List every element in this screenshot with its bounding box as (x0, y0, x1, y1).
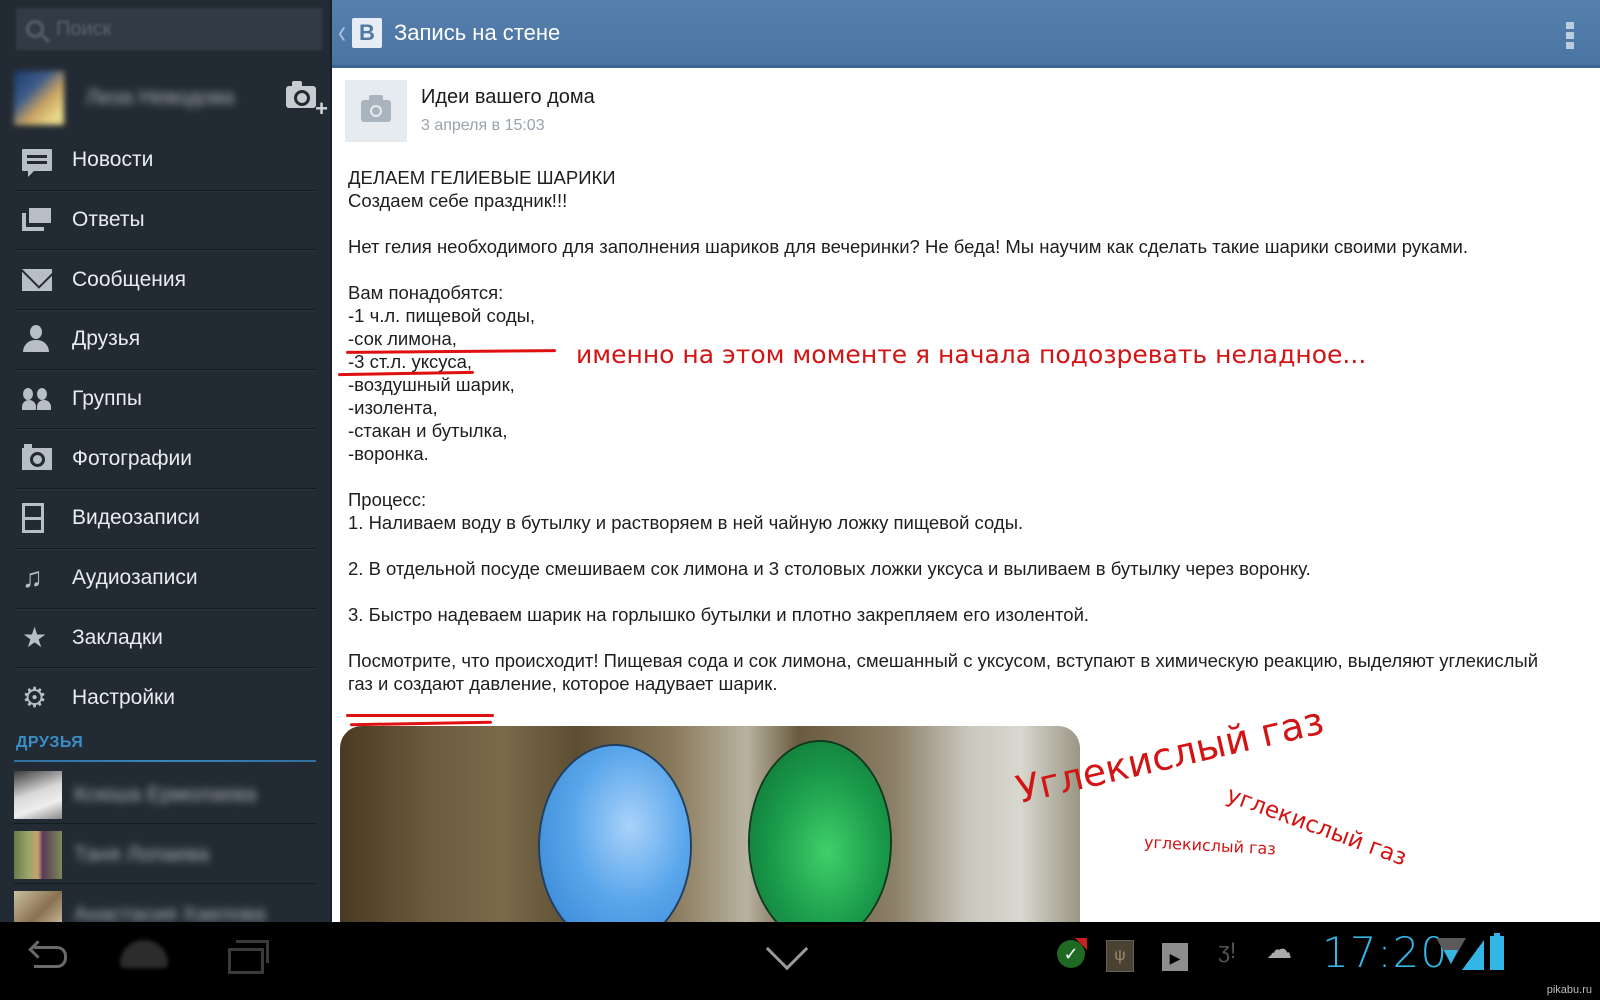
add-photo-button[interactable]: + (284, 78, 324, 118)
plus-icon: + (315, 98, 328, 120)
post-subtitle: Создаем себе праздник!!! (348, 189, 1568, 212)
post-header: Идеи вашего дома 3 апреля в 15:03 (345, 80, 595, 142)
post-date: 3 апреля в 15:03 (421, 117, 595, 135)
annotation-mid: углекислый газ (1223, 782, 1410, 871)
friend-item[interactable]: Таня Лопаева (14, 826, 316, 884)
sidebar-item-groups[interactable]: Группы (14, 369, 316, 429)
signal-icon (1462, 940, 1484, 970)
sidebar-item-replies[interactable]: Ответы (14, 190, 316, 250)
star-icon: ★ (22, 624, 47, 652)
sidebar-item-label: Настройки (72, 686, 175, 710)
sidebar-item-videos[interactable]: Видеозаписи (14, 488, 316, 548)
needs-item: -воронка. (348, 442, 1568, 465)
system-bar: ✓ ψ ▶ ʒ! ☁ 17:20 pikabu.ru (0, 922, 1600, 1000)
group-avatar[interactable] (345, 80, 407, 142)
camera-icon (22, 448, 52, 470)
friend-avatar[interactable] (14, 771, 62, 819)
friends-section-header: ДРУЗЬЯ (16, 734, 83, 752)
person-icon (22, 325, 50, 353)
post-intro: Нет гелия необходимого для заполнения ша… (348, 235, 1568, 258)
sidebar-item-label: Новости (72, 148, 153, 172)
profile-row[interactable]: Лиза Неводова + (14, 68, 324, 128)
home-icon[interactable] (120, 940, 168, 968)
replies-icon (22, 208, 52, 232)
annotation-main: именно на этом моменте я начала подозрев… (576, 340, 1366, 369)
post-conclusion: Посмотрите, что происходит! Пищевая сода… (348, 649, 1568, 695)
camera-icon (286, 86, 316, 108)
blue-balloon (540, 746, 690, 940)
music-note-icon: ♫ (22, 564, 43, 592)
envelope-icon (22, 269, 52, 291)
sidebar-item-label: Аудиозаписи (72, 566, 198, 590)
sidebar-item-label: Закладки (72, 626, 163, 650)
sidebar-item-photos[interactable]: Фотографии (14, 428, 316, 488)
needs-item: -изолента, (348, 396, 1568, 419)
camera-icon (361, 100, 391, 122)
needs-item: -воздушный шарик, (348, 373, 1568, 396)
sidebar-item-bookmarks[interactable]: ★ Закладки (14, 608, 316, 668)
sidebar-item-label: Сообщения (72, 268, 186, 292)
cloud-icon[interactable]: ☁ (1266, 934, 1292, 965)
sidebar-item-settings[interactable]: ⚙ Настройки (14, 667, 316, 727)
post-body: ДЕЛАЕМ ГЕЛИЕВЫЕ ШАРИКИ Создаем себе праз… (348, 166, 1568, 695)
process-step: 3. Быстро надеваем шарик на горлышко бут… (348, 603, 1568, 626)
hearing-icon[interactable]: ʒ! (1218, 938, 1236, 964)
page-title: Запись на стене (394, 20, 560, 46)
process-step: 2. В отдельной посуде смешиваем сок лимо… (348, 557, 1568, 580)
sidebar-item-audio[interactable]: ♫ Аудиозаписи (14, 548, 316, 608)
search-input[interactable] (56, 18, 296, 41)
section-divider (14, 760, 316, 762)
film-icon (22, 503, 44, 533)
process-step: 1. Наливаем воду в бутылку и растворяем … (348, 511, 1568, 534)
app-bar: ‹ В Запись на стене (332, 0, 1600, 68)
sidebar-item-label: Группы (72, 387, 142, 411)
needs-item: -стакан и бутылка, (348, 419, 1568, 442)
friend-avatar[interactable] (14, 831, 62, 879)
group-icon (22, 386, 52, 412)
news-icon (22, 149, 52, 171)
red-underline (346, 714, 494, 717)
check-shield-icon[interactable]: ✓ (1057, 940, 1085, 968)
back-icon[interactable] (28, 940, 70, 966)
post-photo[interactable] (340, 726, 1080, 940)
needs-header: Вам понадобятся: (348, 281, 1568, 304)
process-header: Процесс: (348, 488, 1568, 511)
chevron-down-icon[interactable] (766, 928, 808, 970)
friend-item[interactable]: Ксюша Ермолаева (14, 766, 316, 824)
sidebar-item-label: Фотографии (72, 447, 192, 471)
sidebar-item-news[interactable]: Новости (14, 130, 316, 190)
search-icon (26, 20, 44, 38)
play-store-icon[interactable]: ▶ (1162, 943, 1188, 971)
gear-icon: ⚙ (22, 684, 47, 712)
back-caret-icon[interactable]: ‹ (338, 13, 346, 52)
friend-name: Ксюша Ермолаева (74, 783, 256, 807)
sidebar-item-label: Друзья (72, 327, 140, 351)
sidebar-item-friends[interactable]: Друзья (14, 309, 316, 369)
sidebar-item-messages[interactable]: Сообщения (14, 249, 316, 309)
post-title: ДЕЛАЕМ ГЕЛИЕВЫЕ ШАРИКИ (348, 166, 1568, 189)
battery-icon (1490, 936, 1504, 970)
friend-name: Таня Лопаева (74, 843, 209, 867)
profile-name: Лиза Неводова (86, 86, 284, 110)
recent-apps-icon[interactable] (228, 940, 268, 968)
search-bar[interactable] (16, 8, 322, 50)
main-content: ‹ В Запись на стене Идеи вашего дома 3 а… (330, 0, 1600, 940)
sidebar-menu: Новости Ответы Сообщения Друзья Группы Ф… (14, 130, 316, 727)
needs-item: -1 ч.л. пищевой соды, (348, 304, 1568, 327)
green-balloon (750, 742, 890, 940)
clock[interactable]: 17:20 (1322, 928, 1448, 977)
watermark: pikabu.ru (1547, 984, 1592, 996)
sidebar-item-label: Ответы (72, 208, 145, 232)
avatar[interactable] (14, 71, 64, 125)
overflow-menu-icon[interactable] (1566, 22, 1574, 49)
sidebar: Лиза Неводова + Новости Ответы Сообщения (0, 0, 330, 940)
vk-logo[interactable]: В (352, 18, 382, 48)
sidebar-item-label: Видеозаписи (72, 506, 200, 530)
group-name[interactable]: Идеи вашего дома (421, 86, 595, 109)
annotation-small: углекислый газ (1144, 833, 1277, 859)
usb-icon[interactable]: ψ (1106, 940, 1134, 972)
